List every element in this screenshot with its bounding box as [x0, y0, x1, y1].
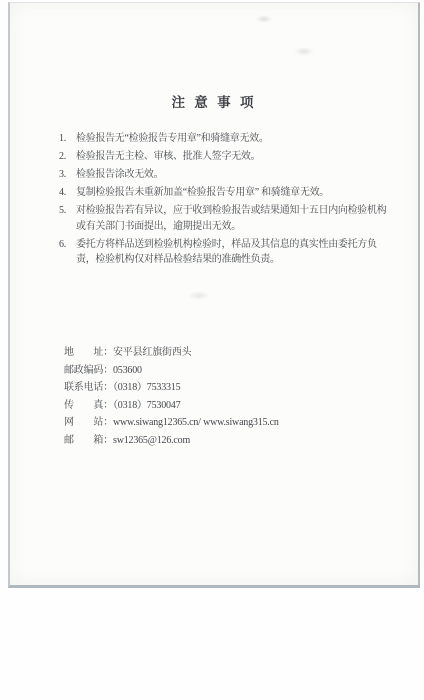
contact-block: 地 址：安平县红旗街西头 邮政编码：053600 联系电话：（0318）7533… — [64, 347, 279, 452]
page-title: 注 意 事 项 — [10, 91, 418, 111]
note-text: 检验报告无“检验报告专用章”和骑缝章无效。 — [76, 131, 396, 147]
document-page: 注 意 事 项 1. 检验报告无“检验报告专用章”和骑缝章无效。 2. 检验报告… — [8, 2, 420, 588]
notes-list: 1. 检验报告无“检验报告专用章”和骑缝章无效。 2. 检验报告无主检、审核、批… — [59, 131, 396, 270]
note-item: 2. 检验报告无主检、审核、批准人签字无效。 — [59, 149, 396, 165]
contact-value: （0318）7533315 — [113, 382, 180, 393]
contact-label: 邮政编码： — [64, 365, 113, 376]
note-text: 检验报告涂改无效。 — [76, 167, 396, 183]
contact-value: （0318）7530047 — [113, 400, 180, 411]
scan-smudge — [188, 291, 210, 300]
note-item: 6. 委托方将样品送到检验机构检验时，样品及其信息的真实性由委托方负责，检验机构… — [59, 237, 396, 268]
note-item: 4. 复制检验报告未重新加盖“检验报告专用章” 和骑缝章无效。 — [59, 185, 396, 201]
contact-value: www.siwang12365.cn/ www.siwang315.cn — [113, 417, 279, 428]
note-number: 6. — [59, 237, 76, 268]
note-text: 对检验报告若有异议，应于收到检验报告或结果通知十五日内向检验机构或有关部门书面提… — [76, 203, 396, 234]
contact-label: 邮 箱： — [64, 435, 113, 446]
note-text: 委托方将样品送到检验机构检验时，样品及其信息的真实性由委托方负责，检验机构仅对样… — [76, 237, 396, 268]
note-item: 3. 检验报告涂改无效。 — [59, 167, 396, 183]
contact-value: 安平县红旗街西头 — [113, 347, 191, 358]
note-number: 2. — [59, 149, 76, 165]
contact-label: 联系电话： — [64, 382, 113, 393]
scan-smudge — [294, 47, 314, 56]
contact-value: 053600 — [113, 365, 142, 376]
contact-row-phone: 联系电话：（0318）7533315 — [64, 382, 279, 393]
contact-label: 地 址： — [64, 347, 113, 358]
note-number: 1. — [59, 131, 76, 147]
scan-smudge — [256, 15, 272, 23]
note-item: 5. 对检验报告若有异议，应于收到检验报告或结果通知十五日内向检验机构或有关部门… — [59, 203, 396, 234]
contact-row-postcode: 邮政编码：053600 — [64, 365, 279, 376]
contact-row-address: 地 址：安平县红旗街西头 — [64, 347, 279, 358]
contact-label: 网 站： — [64, 417, 113, 428]
contact-row-website: 网 站：www.siwang12365.cn/ www.siwang315.cn — [64, 417, 279, 428]
note-text: 检验报告无主检、审核、批准人签字无效。 — [76, 149, 396, 165]
note-number: 3. — [59, 167, 76, 183]
contact-label: 传 真： — [64, 400, 113, 411]
note-number: 4. — [59, 185, 76, 201]
contact-row-fax: 传 真：（0318）7530047 — [64, 400, 279, 411]
contact-value: sw12365@126.com — [113, 435, 190, 446]
note-text: 复制检验报告未重新加盖“检验报告专用章” 和骑缝章无效。 — [76, 185, 396, 201]
scan-background: 注 意 事 项 1. 检验报告无“检验报告专用章”和骑缝章无效。 2. 检验报告… — [0, 0, 424, 700]
contact-row-email: 邮 箱：sw12365@126.com — [64, 435, 279, 446]
note-number: 5. — [59, 203, 76, 234]
note-item: 1. 检验报告无“检验报告专用章”和骑缝章无效。 — [59, 131, 396, 147]
